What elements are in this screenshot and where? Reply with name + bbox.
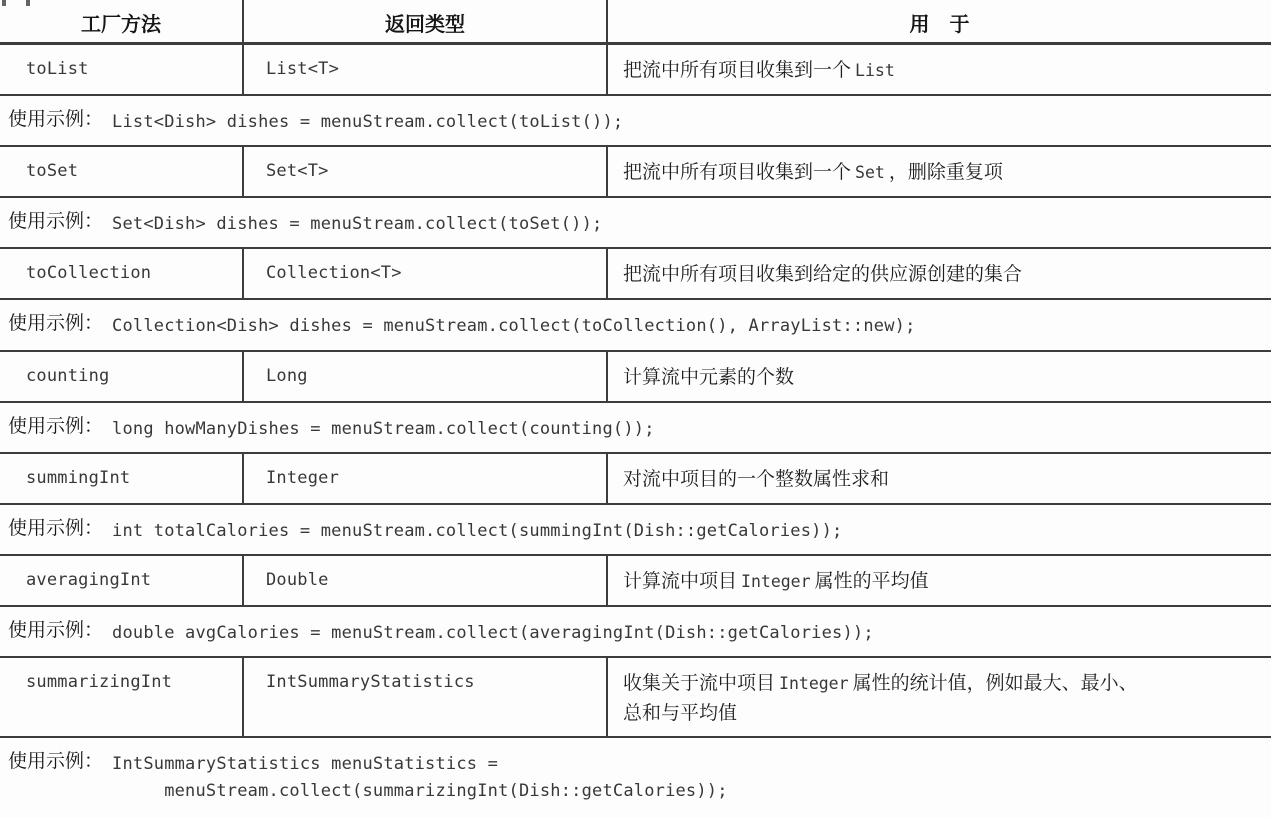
return-type-cell: Set<T> [242,147,606,196]
usage-example-code: IntSummaryStatistics menuStatistics = me… [112,749,728,805]
used-for-code-fragment: Integer [741,572,811,591]
factory-method-cell: averagingInt [0,556,242,605]
usage-example-code: long howManyDishes = menuStream.collect(… [112,414,655,443]
usage-example-row: 使用示例： double avgCalories = menuStream.co… [0,607,1271,658]
return-type-cell: Double [242,556,606,605]
used-for-text-fragment: 计算流中元素的个数 [623,367,794,388]
factory-method-cell: summingInt [0,454,242,503]
table-row-method: toList List<T> 把流中所有项目收集到一个List [0,45,1271,96]
used-for-code-fragment: Set [855,163,885,182]
table-row-method: counting Long 计算流中元素的个数 [0,352,1271,403]
return-type-cell: IntSummaryStatistics [242,658,606,736]
usage-example-code: List<Dish> dishes = menuStream.collect(t… [112,107,623,136]
collectors-factory-methods-table: 工厂方法 返回类型 用 于 toList List<T> 把流中所有项目收集到一… [0,0,1271,814]
header-factory-method: 工厂方法 [0,0,242,42]
usage-example-row: 使用示例： Set<Dish> dishes = menuStream.coll… [0,198,1271,249]
table-header-row: 工厂方法 返回类型 用 于 [0,0,1271,45]
table-row-method: summarizingInt IntSummaryStatistics 收集关于… [0,658,1271,738]
used-for-text-fragment: 把流中所有项目收集到一个 [623,60,851,81]
factory-method-cell: toSet [0,147,242,196]
factory-method-cell: summarizingInt [0,658,242,736]
used-for-text-fragment: 收集关于流中项目 [623,673,775,694]
used-for-cell: 把流中所有项目收集到一个Set，删除重复项 [606,147,1271,196]
header-return-type: 返回类型 [242,0,606,42]
usage-example-code: Collection<Dish> dishes = menuStream.col… [112,311,915,340]
return-type-cell: Collection<T> [242,249,606,298]
used-for-code-fragment: List [855,61,895,80]
table-row-method: averagingInt Double 计算流中项目Integer属性的平均值 [0,556,1271,607]
used-for-cell: 计算流中元素的个数 [606,352,1271,401]
used-for-cell: 把流中所有项目收集到给定的供应源创建的集合 [606,249,1271,298]
header-used-for: 用 于 [606,0,1271,42]
usage-example-label: 使用示例： [8,107,103,134]
factory-method-cell: toList [0,45,242,94]
used-for-text-fragment: 把流中所有项目收集到一个 [623,162,851,183]
usage-example-code: double avgCalories = menuStream.collect(… [112,618,874,647]
factory-method-cell: counting [0,352,242,401]
used-for-cell: 收集关于流中项目Integer属性的统计值，例如最大、最小、总和与平均值 [606,658,1271,736]
usage-example-row: 使用示例： int totalCalories = menuStream.col… [0,505,1271,556]
used-for-cell: 把流中所有项目收集到一个List [606,45,1271,94]
table-row-method: toSet Set<T> 把流中所有项目收集到一个Set，删除重复项 [0,147,1271,198]
used-for-text-fragment: 属性的平均值 [815,571,929,592]
used-for-cell: 计算流中项目Integer属性的平均值 [606,556,1271,605]
used-for-text-fragment: ，删除重复项 [889,162,1003,183]
usage-example-row: 使用示例： IntSummaryStatistics menuStatistic… [0,738,1271,814]
usage-example-row: 使用示例： long howManyDishes = menuStream.co… [0,403,1271,454]
used-for-cell: 对流中项目的一个整数属性求和 [606,454,1271,503]
used-for-text-fragment: 计算流中项目 [623,571,737,592]
usage-example-code: Set<Dish> dishes = menuStream.collect(to… [112,209,602,238]
usage-example-row: 使用示例： List<Dish> dishes = menuStream.col… [0,96,1271,147]
usage-example-label: 使用示例： [8,618,103,645]
used-for-code-fragment: Integer [779,674,849,693]
usage-example-row: 使用示例： Collection<Dish> dishes = menuStre… [0,300,1271,351]
factory-method-cell: toCollection [0,249,242,298]
used-for-text-fragment: 对流中项目的一个整数属性求和 [623,469,889,490]
used-for-text-fragment: 属性的统计值，例如最大、最小、 [853,673,1138,694]
table-row-method: toCollection Collection<T> 把流中所有项目收集到给定的… [0,249,1271,300]
usage-example-label: 使用示例： [8,209,103,236]
table-row-method: summingInt Integer 对流中项目的一个整数属性求和 [0,454,1271,505]
scan-artifact-mark [2,0,30,6]
usage-example-code: int totalCalories = menuStream.collect(s… [112,516,842,545]
usage-example-label: 使用示例： [8,311,103,338]
usage-example-label: 使用示例： [8,414,103,441]
return-type-cell: List<T> [242,45,606,94]
return-type-cell: Integer [242,454,606,503]
return-type-cell: Long [242,352,606,401]
usage-example-label: 使用示例： [8,516,103,543]
used-for-text-fragment: 总和与平均值 [623,703,737,724]
used-for-text-fragment: 把流中所有项目收集到给定的供应源创建的集合 [623,264,1022,285]
usage-example-label: 使用示例： [8,749,103,776]
